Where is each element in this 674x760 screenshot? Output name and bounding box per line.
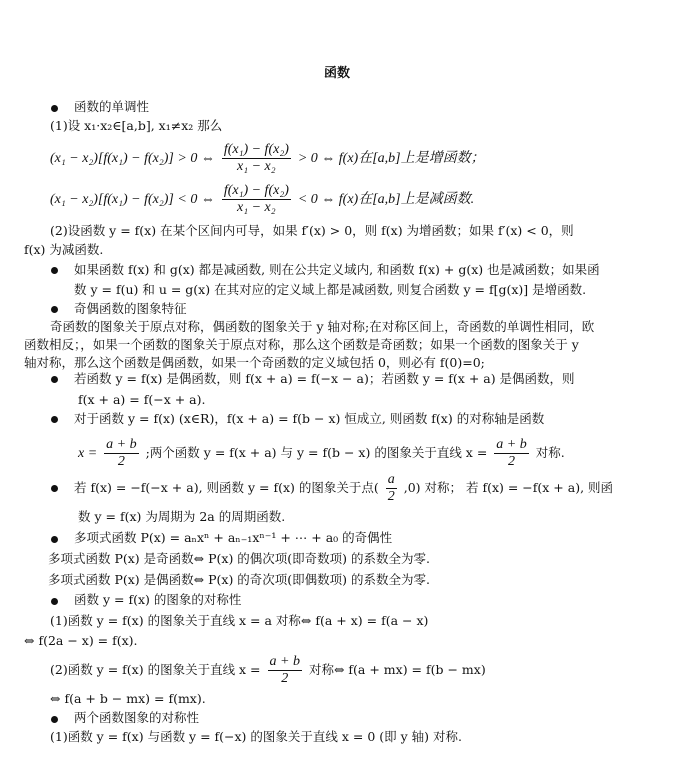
- text-line: 轴对称，那么这个函数是偶函数，如果一个奇函数的定义域包括 0，则必有 f(0)=…: [24, 355, 485, 371]
- section-heading: 奇偶函数的图象特征: [74, 301, 187, 317]
- text-line: (1)函数 y = f(x) 的图象关于直线 x = a 对称⇔ f(a + x…: [50, 613, 428, 629]
- bullet-icon: [51, 376, 58, 383]
- bullet-icon: [51, 267, 58, 274]
- text-line: 数 y = f(x) 为周期为 2a 的周期函数.: [78, 509, 285, 525]
- eq-left: (x₁ − x₂)[f(x₁) − f(x₂)] < 0 ⇔: [50, 192, 215, 207]
- bullet-icon: [51, 536, 58, 543]
- eq-right: < 0 ⇔ f(x)在[a,b]上是减函数.: [298, 192, 474, 207]
- bullet-icon: [51, 105, 58, 112]
- bullet-icon: [51, 306, 58, 313]
- text-line: 奇函数的图象关于原点对称，偶函数的图象关于 y 轴对称;在对称区间上，奇函数的单…: [50, 319, 594, 335]
- document-title: 函数: [0, 62, 674, 81]
- fraction: f(x₁) − f(x₂) x₁ − x₂: [222, 142, 291, 175]
- eq-right: > 0 ⇔ f(x)在[a,b]上是增函数；: [298, 151, 485, 166]
- text-line: 若函数 y = f(x) 是偶函数，则 f(x + a) = f(−x − a)…: [74, 371, 575, 387]
- text-line: (1)设 x₁·x₂∈[a,b], x₁≠x₂ 那么: [50, 118, 222, 134]
- section-heading: 函数的单调性: [74, 99, 149, 115]
- bullet-icon: [51, 485, 58, 492]
- section-heading: 多项式函数 P(x) = aₙxⁿ + aₙ₋₁xⁿ⁻¹ + ⋯ + a₀ 的奇…: [74, 530, 392, 546]
- text-line: (1)函数 y = f(x) 与函数 y = f(−x) 的图象关于直线 x =…: [50, 729, 462, 745]
- bullet-icon: [51, 416, 58, 423]
- fraction: a + b 2: [268, 654, 302, 687]
- eq-left: (x₁ − x₂)[f(x₁) − f(x₂)] > 0 ⇔: [50, 151, 215, 166]
- text-line: (2)设函数 y = f(x) 在某个区间内可导，如果 f′(x) > 0，则 …: [50, 223, 574, 239]
- text-line: 如果函数 f(x) 和 g(x) 都是减函数, 则在公共定义域内, 和函数 f(…: [74, 262, 600, 278]
- text-line: ⇔ f(2a − x) = f(x).: [24, 633, 138, 649]
- fraction: f(x₁) − f(x₂) x₁ − x₂: [222, 183, 291, 216]
- text-line: 函数相反；，如果一个函数的图象关于原点对称，那么这个函数是奇函数；如果一个函数的…: [24, 337, 579, 353]
- axis-equation: x = a + b 2 ;两个函数 y = f(x + a) 与 y = f(b…: [78, 437, 565, 470]
- text-line: f(x + a) = f(−x + a).: [78, 392, 205, 408]
- point-sym-line: 若 f(x) = −f(−x + a), 则函数 y = f(x) 的图象关于点…: [74, 472, 613, 505]
- fraction: a 2: [386, 472, 397, 505]
- fraction: a + b 2: [104, 437, 138, 470]
- text-line: 数 y = f(u) 和 u = g(x) 在其对应的定义域上都是减函数, 则复…: [74, 282, 586, 298]
- bullet-icon: [51, 716, 58, 723]
- graph-sym-line: (2)函数 y = f(x) 的图象关于直线 x = a + b 2 对称⇔ f…: [50, 654, 486, 687]
- text-line: 多项式函数 P(x) 是偶函数⇔ P(x) 的奇次项(即偶数项) 的系数全为零.: [48, 572, 430, 588]
- section-heading: 两个函数图象的对称性: [74, 710, 199, 726]
- section-heading: 函数 y = f(x) 的图象的对称性: [74, 592, 241, 608]
- text-line: 多项式函数 P(x) 是奇函数⇔ P(x) 的偶次项(即奇数项) 的系数全为零.: [48, 551, 430, 567]
- text-line: ⇔ f(a + b − mx) = f(mx).: [50, 691, 206, 707]
- text-line: f(x) 为减函数.: [24, 242, 103, 258]
- bullet-icon: [51, 598, 58, 605]
- text-line: 对于函数 y = f(x) (x∈R)，f(x + a) = f(b − x) …: [74, 411, 544, 427]
- fraction: a + b 2: [494, 437, 528, 470]
- equation-decreasing: (x₁ − x₂)[f(x₁) − f(x₂)] < 0 ⇔ f(x₁) − f…: [50, 183, 474, 216]
- equation-increasing: (x₁ − x₂)[f(x₁) − f(x₂)] > 0 ⇔ f(x₁) − f…: [50, 142, 485, 175]
